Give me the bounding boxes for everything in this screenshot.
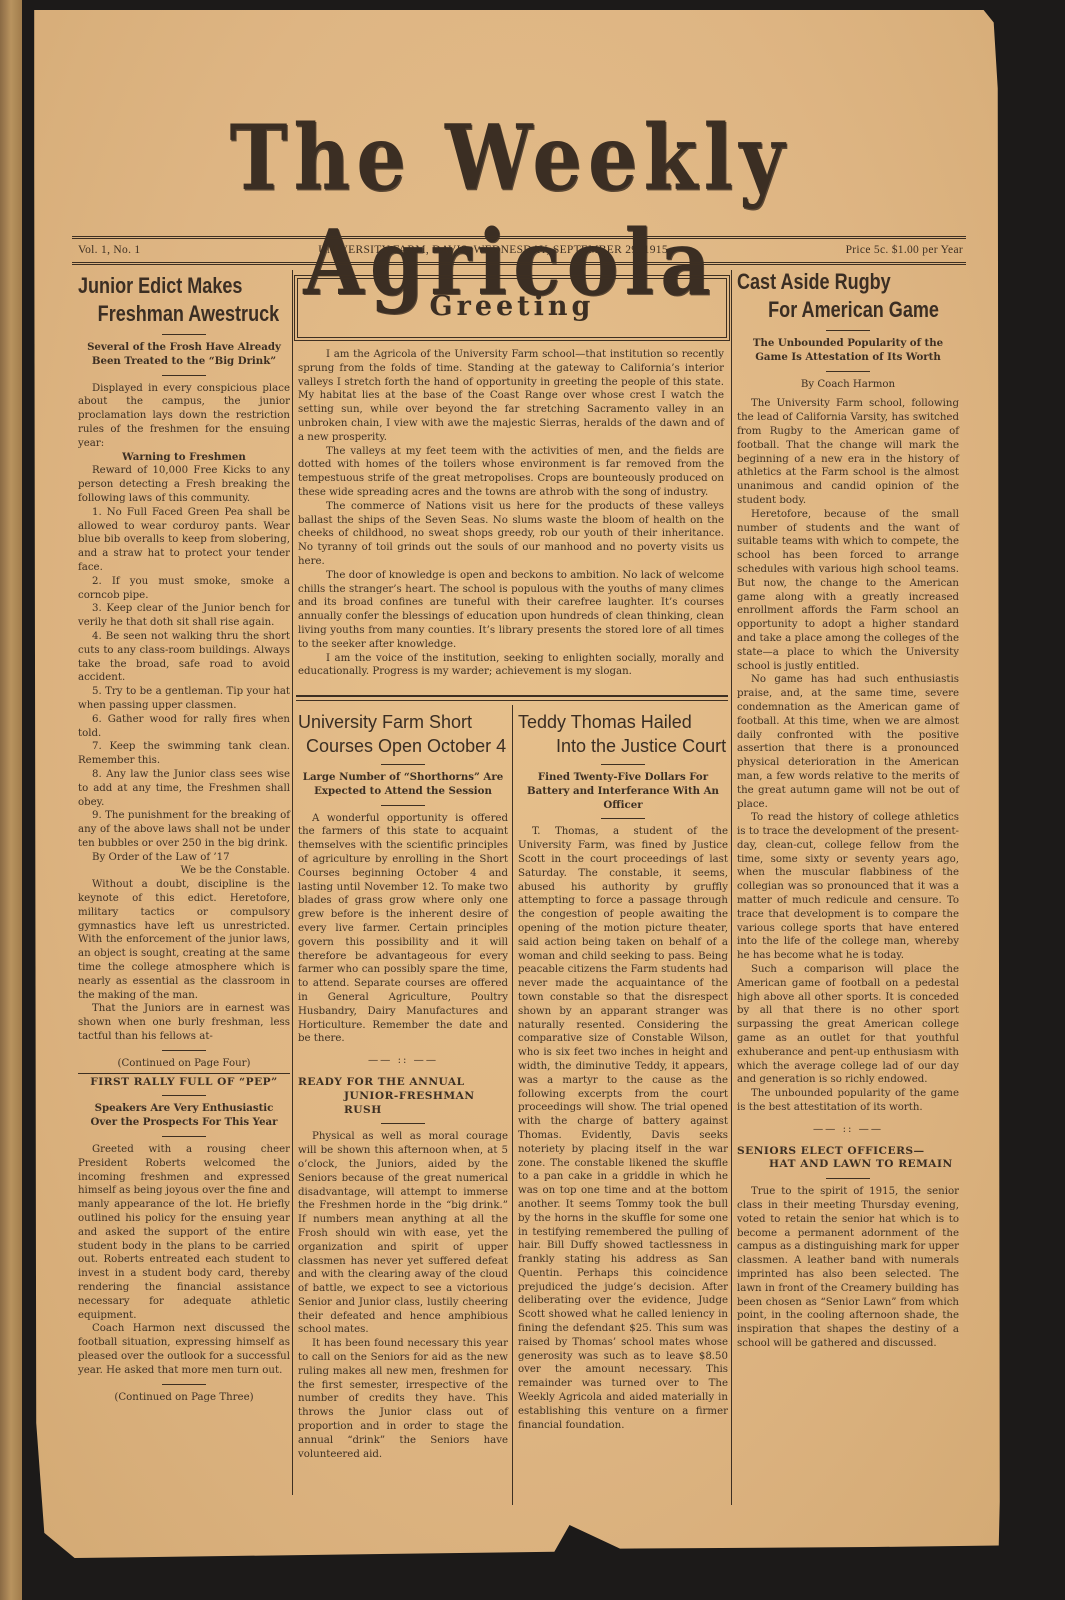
paragraph: The University Farm school, following th… xyxy=(737,397,959,507)
deck-junior-edict: Several of the Frosh Have Already Been T… xyxy=(82,341,286,369)
divider xyxy=(826,330,870,331)
rule-item: 4. Be seen not walking thru the short cu… xyxy=(78,630,290,685)
rule-item: 6. Gather wood for rally fires when told… xyxy=(78,713,290,741)
divider xyxy=(381,1123,425,1124)
headline-annual-rush-2: JUNIOR-FRESHMAN RUSH xyxy=(298,1090,508,1118)
headline-first-rally: FIRST RALLY FULL OF “PEP” xyxy=(78,1076,290,1090)
byline: By Coach Harmon xyxy=(737,378,959,392)
rule-item: 8. Any law the Junior class sees wise to… xyxy=(78,768,290,809)
rule-item: 7. Keep the swimming tank clean. Remembe… xyxy=(78,740,290,768)
headline-teddy-thomas-2: Into the Justice Court xyxy=(518,734,728,758)
greeting-bottom-rule-2 xyxy=(296,700,728,701)
paragraph: It has been found necessary this year to… xyxy=(298,1337,508,1461)
rule-item: 1. No Full Faced Green Pea shall be allo… xyxy=(78,506,290,575)
rule-item: 2. If you must smoke, smoke a corncob pi… xyxy=(78,575,290,603)
greeting-title: Greeting xyxy=(298,279,726,335)
volume-number: Vol. 1, No. 1 xyxy=(78,244,140,260)
paragraph: Physical as well as moral courage will b… xyxy=(298,1130,508,1337)
paragraph: Without a doubt, discipline is the keyno… xyxy=(78,878,290,1002)
greeting-body: I am the Agricola of the University Farm… xyxy=(298,348,724,679)
divider xyxy=(826,1178,870,1179)
divider xyxy=(601,764,645,765)
paragraph: Coach Harmon next discussed the football… xyxy=(78,1322,290,1377)
continued-note: (Continued on Page Three) xyxy=(78,1391,290,1405)
paragraph: To read the history of college athletics… xyxy=(737,811,959,963)
masthead-rule-bottom xyxy=(72,262,966,265)
deck-first-rally: Speakers Are Very Enthusiastic Over the … xyxy=(82,1102,286,1130)
divider xyxy=(826,371,870,372)
headline-junior-edict-2: Freshman Awestruck xyxy=(78,300,252,328)
divider xyxy=(162,334,206,335)
rule-item: 3. Keep clear of the Junior bench for ve… xyxy=(78,602,290,630)
rule-item: 9. The punishment for the breaking of an… xyxy=(78,809,290,850)
column-3: Teddy Thomas Hailed Into the Justice Cou… xyxy=(518,710,728,1432)
paragraph: Such a comparison will place the America… xyxy=(737,963,959,1087)
paragraph: The commerce of Nations visit us here fo… xyxy=(298,500,724,569)
subhead-warning: Warning to Freshmen xyxy=(78,451,290,465)
column-divider xyxy=(512,705,513,1505)
divider xyxy=(162,1136,206,1137)
dateline: UNIVERSITY FARM, DAVIS, WEDNESDAY, SEPTE… xyxy=(318,244,668,260)
paragraph: I am the Agricola of the University Farm… xyxy=(298,348,724,445)
column-divider xyxy=(731,270,732,1505)
paragraph: Greeted with a rousing cheer President R… xyxy=(78,1143,290,1322)
paragraph: Heretofore, because of the small number … xyxy=(737,508,959,674)
column-4: Cast Aside Rugby For American Game The U… xyxy=(737,270,959,1351)
rule-item: 5. Try to be a gentleman. Tip your hat w… xyxy=(78,685,290,713)
signoff: By Order of the Law of ’17 xyxy=(78,851,290,865)
paragraph: I am the voice of the institution, seeki… xyxy=(298,652,724,680)
deck-teddy-thomas: Fined Twenty-Five Dollars For Battery an… xyxy=(522,771,724,812)
headline-seniors-2: HAT AND LAWN TO REMAIN xyxy=(737,1158,959,1172)
headline-rugby-2: For American Game xyxy=(737,296,919,324)
paragraph: True to the spirit of 1915, the senior c… xyxy=(737,1185,959,1351)
dateline-bar: Vol. 1, No. 1 UNIVERSITY FARM, DAVIS, WE… xyxy=(78,244,963,260)
price: Price 5c. $1.00 per Year xyxy=(846,244,963,260)
divider xyxy=(78,1073,290,1074)
column-1: Junior Edict Makes Freshman Awestruck Se… xyxy=(78,270,290,1404)
paragraph: T. Thomas, a student of the University F… xyxy=(518,825,728,1432)
headline-seniors-1: SENIORS ELECT OFFICERS— xyxy=(737,1145,959,1159)
signoff-2: We be the Constable. xyxy=(78,864,290,878)
headline-teddy-thomas-1: Teddy Thomas Hailed xyxy=(518,710,728,734)
column-2: University Farm Short Courses Open Octob… xyxy=(298,710,508,1461)
divider xyxy=(162,375,206,376)
book-binding xyxy=(0,0,22,1600)
paragraph: The unbounded popularity of the game is … xyxy=(737,1087,959,1115)
paragraph: That the Juniors are in earnest was show… xyxy=(78,1002,290,1043)
headline-annual-rush-1: READY FOR THE ANNUAL xyxy=(298,1076,508,1090)
separator: —— :: —— xyxy=(737,1123,959,1137)
divider xyxy=(381,805,425,806)
headline-junior-edict-1: Junior Edict Makes xyxy=(78,272,252,300)
headline-rugby-1: Cast Aside Rugby xyxy=(737,268,919,296)
greeting-box: Greeting xyxy=(297,278,727,338)
paragraph: The door of knowledge is open and beckon… xyxy=(298,569,724,652)
deck-rugby: The Unbounded Popularity of the Game Is … xyxy=(741,337,955,365)
divider xyxy=(381,764,425,765)
divider xyxy=(162,1050,206,1051)
paragraph: The valleys at my feet teem with the act… xyxy=(298,445,724,500)
masthead-rule-top xyxy=(72,236,966,239)
paragraph: Reward of 10,000 Free Kicks to any perso… xyxy=(78,464,290,505)
headline-short-courses-2: Courses Open October 4 xyxy=(298,734,508,758)
continued-note: (Continued on Page Four) xyxy=(78,1057,290,1071)
deck-short-courses: Large Number of “Shorthorns” Are Expecte… xyxy=(302,771,504,799)
separator: —— :: —— xyxy=(298,1054,508,1068)
greeting-bottom-rule xyxy=(296,695,728,697)
paragraph: A wonderful opportunity is offered the f… xyxy=(298,812,508,1047)
column-divider xyxy=(292,270,293,1495)
paragraph: No game has had such enthusiastis praise… xyxy=(737,673,959,811)
divider xyxy=(601,818,645,819)
divider xyxy=(162,1095,206,1096)
headline-short-courses-1: University Farm Short xyxy=(298,710,508,734)
divider xyxy=(162,1384,206,1385)
paragraph: Displayed in every conspicious place abo… xyxy=(78,382,290,451)
